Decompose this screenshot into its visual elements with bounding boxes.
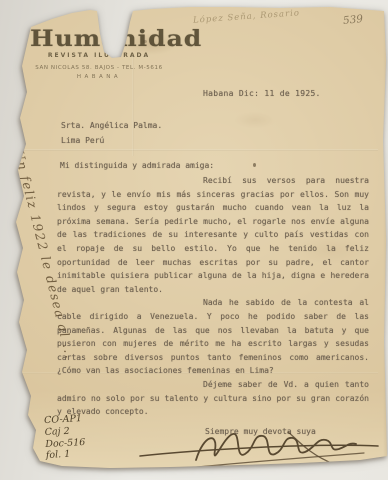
letterhead-address: SAN NICOLAS 58. BAJOS - TEL. M-5616 xyxy=(30,65,168,71)
paper-shadow: Humanidad REVISTA ILUSTRADA SAN NICOLAS … xyxy=(0,0,388,480)
paragraph: Déjeme saber de Vd. a quien tanto admiro… xyxy=(57,378,369,419)
aged-paper-sheet: Humanidad REVISTA ILUSTRADA SAN NICOLAS … xyxy=(0,0,388,480)
letter-body: Recibí sus versos para nuestra revista, … xyxy=(57,174,369,438)
letter-document: Humanidad REVISTA ILUSTRADA SAN NICOLAS … xyxy=(0,0,388,480)
ink-signature xyxy=(138,424,382,476)
salutation: Mi distinguida y admirada amiga: xyxy=(60,161,214,170)
magazine-logo: Humanidad xyxy=(30,26,168,52)
horizontal-fold-crease xyxy=(18,149,378,151)
paragraph: Recibí sus versos para nuestra revista, … xyxy=(57,174,369,296)
recipient-city: Lima Perú xyxy=(61,133,162,148)
recipient-name: Srta. Angélica Palma. xyxy=(61,118,162,133)
letterhead-subtitle: REVISTA ILUSTRADA xyxy=(30,52,168,59)
recipient-block: Srta. Angélica Palma. Lima Perú xyxy=(61,118,162,148)
archive-line: fol. 1 xyxy=(46,448,87,462)
letterhead: Humanidad REVISTA ILUSTRADA SAN NICOLAS … xyxy=(30,26,168,80)
dateline: Habana Dic: 11 de 1925. xyxy=(203,89,321,98)
pencil-annotation-name: López Seña, Rosario xyxy=(193,8,300,25)
ink-speck xyxy=(253,163,256,167)
letterhead-city: HABANA xyxy=(30,74,168,80)
archive-page-number: 539 xyxy=(342,13,363,27)
paragraph: Nada he sabido de la contesta al cable d… xyxy=(57,296,369,378)
archive-reference-block: CO-AP1 Caj 2 Doc-516 fol. 1 xyxy=(44,413,86,462)
archive-line: CO-AP1 xyxy=(44,413,85,427)
